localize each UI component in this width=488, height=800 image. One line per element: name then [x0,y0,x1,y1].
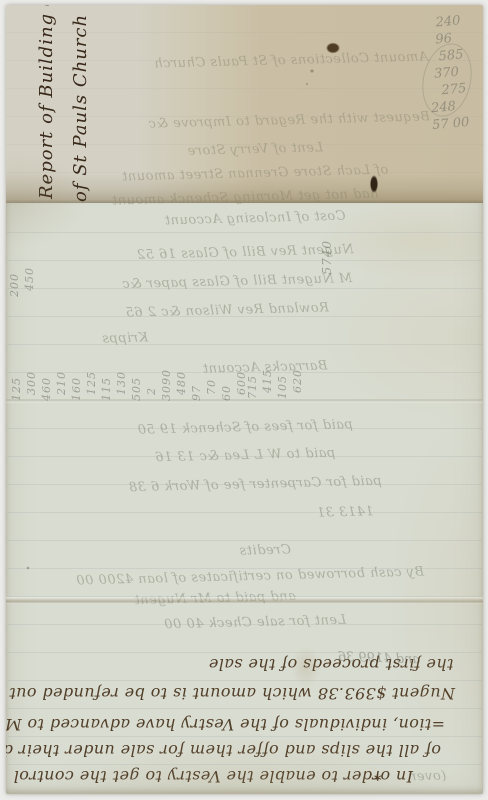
ink-note-line: =tion, individuals of the Vestry have ad… [24,715,445,734]
pencil-sideways-row: 125 300 460 210 160 125 115 130 505 2 30… [10,337,248,401]
pencil-figure: 125 [85,371,98,395]
pencil-figure: 130 [115,371,128,395]
pencil-sideways-pair: 200 450 [8,249,36,297]
pencil-figure: 70 [205,379,218,395]
pencil-figure: 210 [55,371,68,395]
fold-crease [6,399,483,403]
pencil-figure: 5740 [320,240,334,275]
scanned-document: Report of Building Com, of St Pauls Chur… [0,0,488,800]
pencil-figure: 200 [8,273,21,297]
ink-note-line: Nugent $393.38 which amount is to be ref… [34,684,455,703]
ink-note-line: of all the slips and offer them for sale… [21,741,441,760]
pencil-sideways-row-2: 715 415 105 620 [246,333,304,399]
pencil-figure: 125 [10,377,23,401]
pencil-figure: 2 [145,387,158,395]
spine-label-line-1: Report of Building Com, [36,5,57,199]
pencil-vertical-figure: 5740 [320,229,334,275]
pencil-figure: 3090 [160,369,173,401]
manuscript-page: Report of Building Com, of St Pauls Chur… [6,5,483,794]
pencil-figure: 715 [246,375,259,399]
ink-note-line: the first proceeds of the sale [201,655,461,674]
pencil-figure: 460 [40,377,53,401]
pencil-figure: 415 [261,369,274,393]
pencil-figure: 450 [23,267,36,291]
pencil-figure: 480 [175,371,188,395]
pencil-figure: 115 [100,377,113,401]
pencil-figure: 160 [70,377,83,401]
ink-note-line: In order to enable the Vestry to get the… [61,767,413,786]
pencil-figure: 620 [291,369,304,393]
pencil-figure: 300 [25,371,38,395]
asterisk-mark: * [374,766,382,784]
pencil-figure: 105 [276,375,289,399]
fold-crease [6,597,483,604]
pencil-figure: 505 [130,377,143,401]
